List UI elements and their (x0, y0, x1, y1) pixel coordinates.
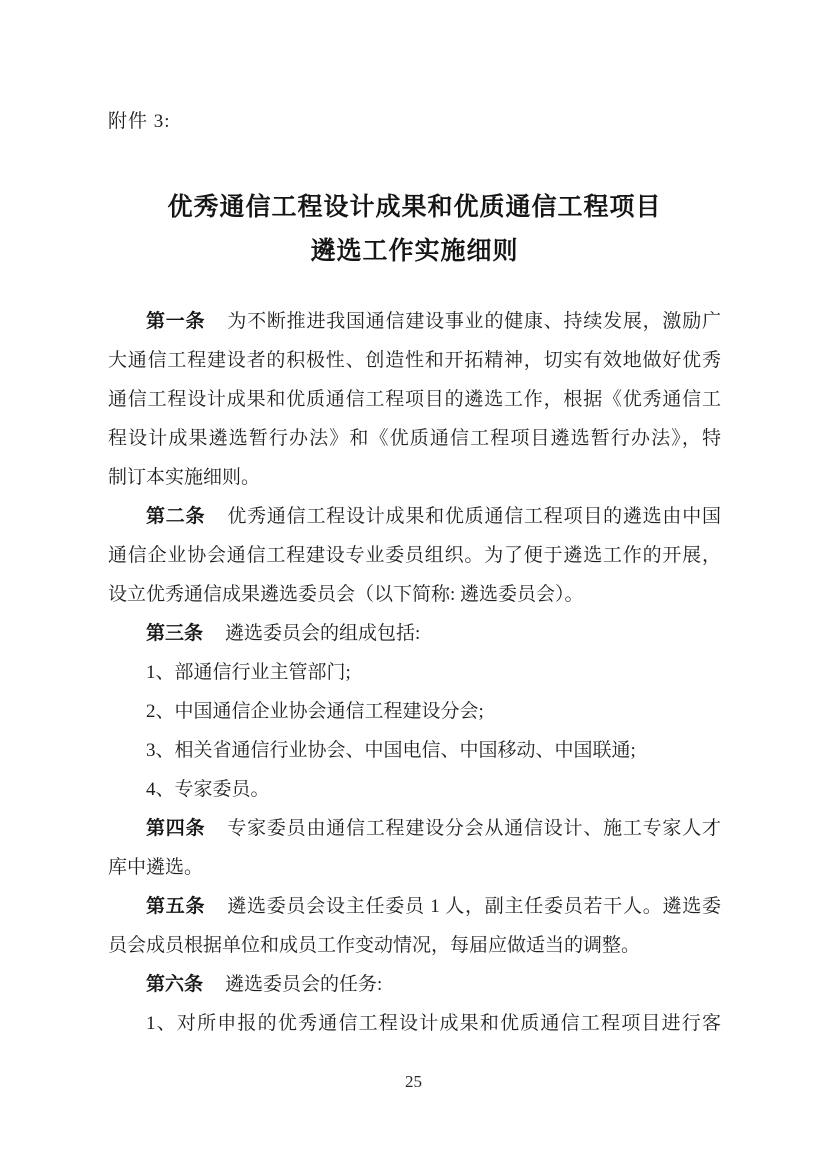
document-title-line-2: 遴选工作实施细则 (108, 229, 721, 273)
line-text: 遴选委员会设主任委员 1 人，副主任委员若干人。遴选委 (227, 896, 721, 917)
document-title-line-1: 优秀通信工程设计成果和优质通信工程项目 (108, 185, 721, 229)
body-line: 通信工程设计成果和优质通信工程项目的遴选工作，根据《优秀通信工 (108, 380, 721, 419)
line-text: 专家委员由通信工程建设分会从通信设计、施工专家人才 (227, 818, 721, 839)
line-text: 1、对所申报的优秀通信工程设计成果和优质通信工程项目进行客 (146, 1013, 721, 1034)
body-line: 第二条优秀通信工程设计成果和优质通信工程项目的遴选由中国 (108, 497, 721, 536)
body-line: 2、中国通信企业协会通信工程建设分会; (108, 692, 721, 731)
body-line: 第四条专家委员由通信工程建设分会从通信设计、施工专家人才 (108, 809, 721, 848)
line-text: 遴选委员会的组成包括: (225, 623, 420, 644)
article-number: 第一条 (146, 311, 205, 332)
line-text: 3、相关省通信行业协会、中国电信、中国移动、中国联通; (146, 740, 636, 761)
line-text: 4、专家委员。 (146, 779, 270, 800)
body-line: 第三条遴选委员会的组成包括: (108, 614, 721, 653)
article-number: 第五条 (146, 896, 205, 917)
line-text: 为不断推进我国通信建设事业的健康、持续发展，激励广 (227, 311, 721, 332)
body-line: 1、部通信行业主管部门; (108, 653, 721, 692)
article-number: 第三条 (146, 623, 203, 644)
body-line: 第一条为不断推进我国通信建设事业的健康、持续发展，激励广 (108, 302, 721, 341)
line-text: 2、中国通信企业协会通信工程建设分会; (146, 701, 484, 722)
article-number: 第二条 (146, 506, 205, 527)
article-number: 第六条 (146, 974, 203, 995)
attachment-label: 附件 3: (108, 108, 721, 135)
line-text: 通信工程设计成果和优质通信工程项目的遴选工作，根据《优秀通信工 (108, 389, 721, 410)
document-body: 第一条为不断推进我国通信建设事业的健康、持续发展，激励广 大通信工程建设者的积极… (108, 302, 721, 1043)
body-line: 1、对所申报的优秀通信工程设计成果和优质通信工程项目进行客 (108, 1004, 721, 1043)
line-text: 设立优秀通信成果遴选委员会（以下简称: 遴选委员会）。 (108, 584, 584, 605)
line-text: 遴选委员会的任务: (225, 974, 382, 995)
document-page: 附件 3: 优秀通信工程设计成果和优质通信工程项目 遴选工作实施细则 第一条为不… (0, 0, 827, 1169)
document-content: 附件 3: 优秀通信工程设计成果和优质通信工程项目 遴选工作实施细则 第一条为不… (108, 0, 721, 1043)
body-line: 库中遴选。 (108, 848, 721, 887)
article-number: 第四条 (146, 818, 205, 839)
body-line: 员会成员根据单位和成员工作变动情况，每届应做适当的调整。 (108, 926, 721, 965)
line-text: 优秀通信工程设计成果和优质通信工程项目的遴选由中国 (227, 506, 721, 527)
line-text: 制订本实施细则。 (108, 467, 260, 488)
body-line: 第五条遴选委员会设主任委员 1 人，副主任委员若干人。遴选委 (108, 887, 721, 926)
document-title: 优秀通信工程设计成果和优质通信工程项目 遴选工作实施细则 (108, 185, 721, 273)
body-line: 程设计成果遴选暂行办法》和《优质通信工程项目遴选暂行办法》，特 (108, 419, 721, 458)
page-number: 25 (0, 1070, 827, 1094)
body-line: 第六条遴选委员会的任务: (108, 965, 721, 1004)
body-line: 3、相关省通信行业协会、中国电信、中国移动、中国联通; (108, 731, 721, 770)
body-line: 4、专家委员。 (108, 770, 721, 809)
body-line: 通信企业协会通信工程建设专业委员组织。为了便于遴选工作的开展， (108, 536, 721, 575)
body-line: 大通信工程建设者的积极性、创造性和开拓精神，切实有效地做好优秀 (108, 341, 721, 380)
line-text: 1、部通信行业主管部门; (146, 662, 351, 683)
line-text: 通信企业协会通信工程建设专业委员组织。为了便于遴选工作的开展， (108, 545, 721, 566)
line-text: 程设计成果遴选暂行办法》和《优质通信工程项目遴选暂行办法》，特 (108, 428, 721, 449)
body-line: 制订本实施细则。 (108, 458, 721, 497)
body-line: 设立优秀通信成果遴选委员会（以下简称: 遴选委员会）。 (108, 575, 721, 614)
line-text: 员会成员根据单位和成员工作变动情况，每届应做适当的调整。 (108, 935, 640, 956)
line-text: 大通信工程建设者的积极性、创造性和开拓精神，切实有效地做好优秀 (108, 350, 721, 371)
line-text: 库中遴选。 (108, 857, 203, 878)
